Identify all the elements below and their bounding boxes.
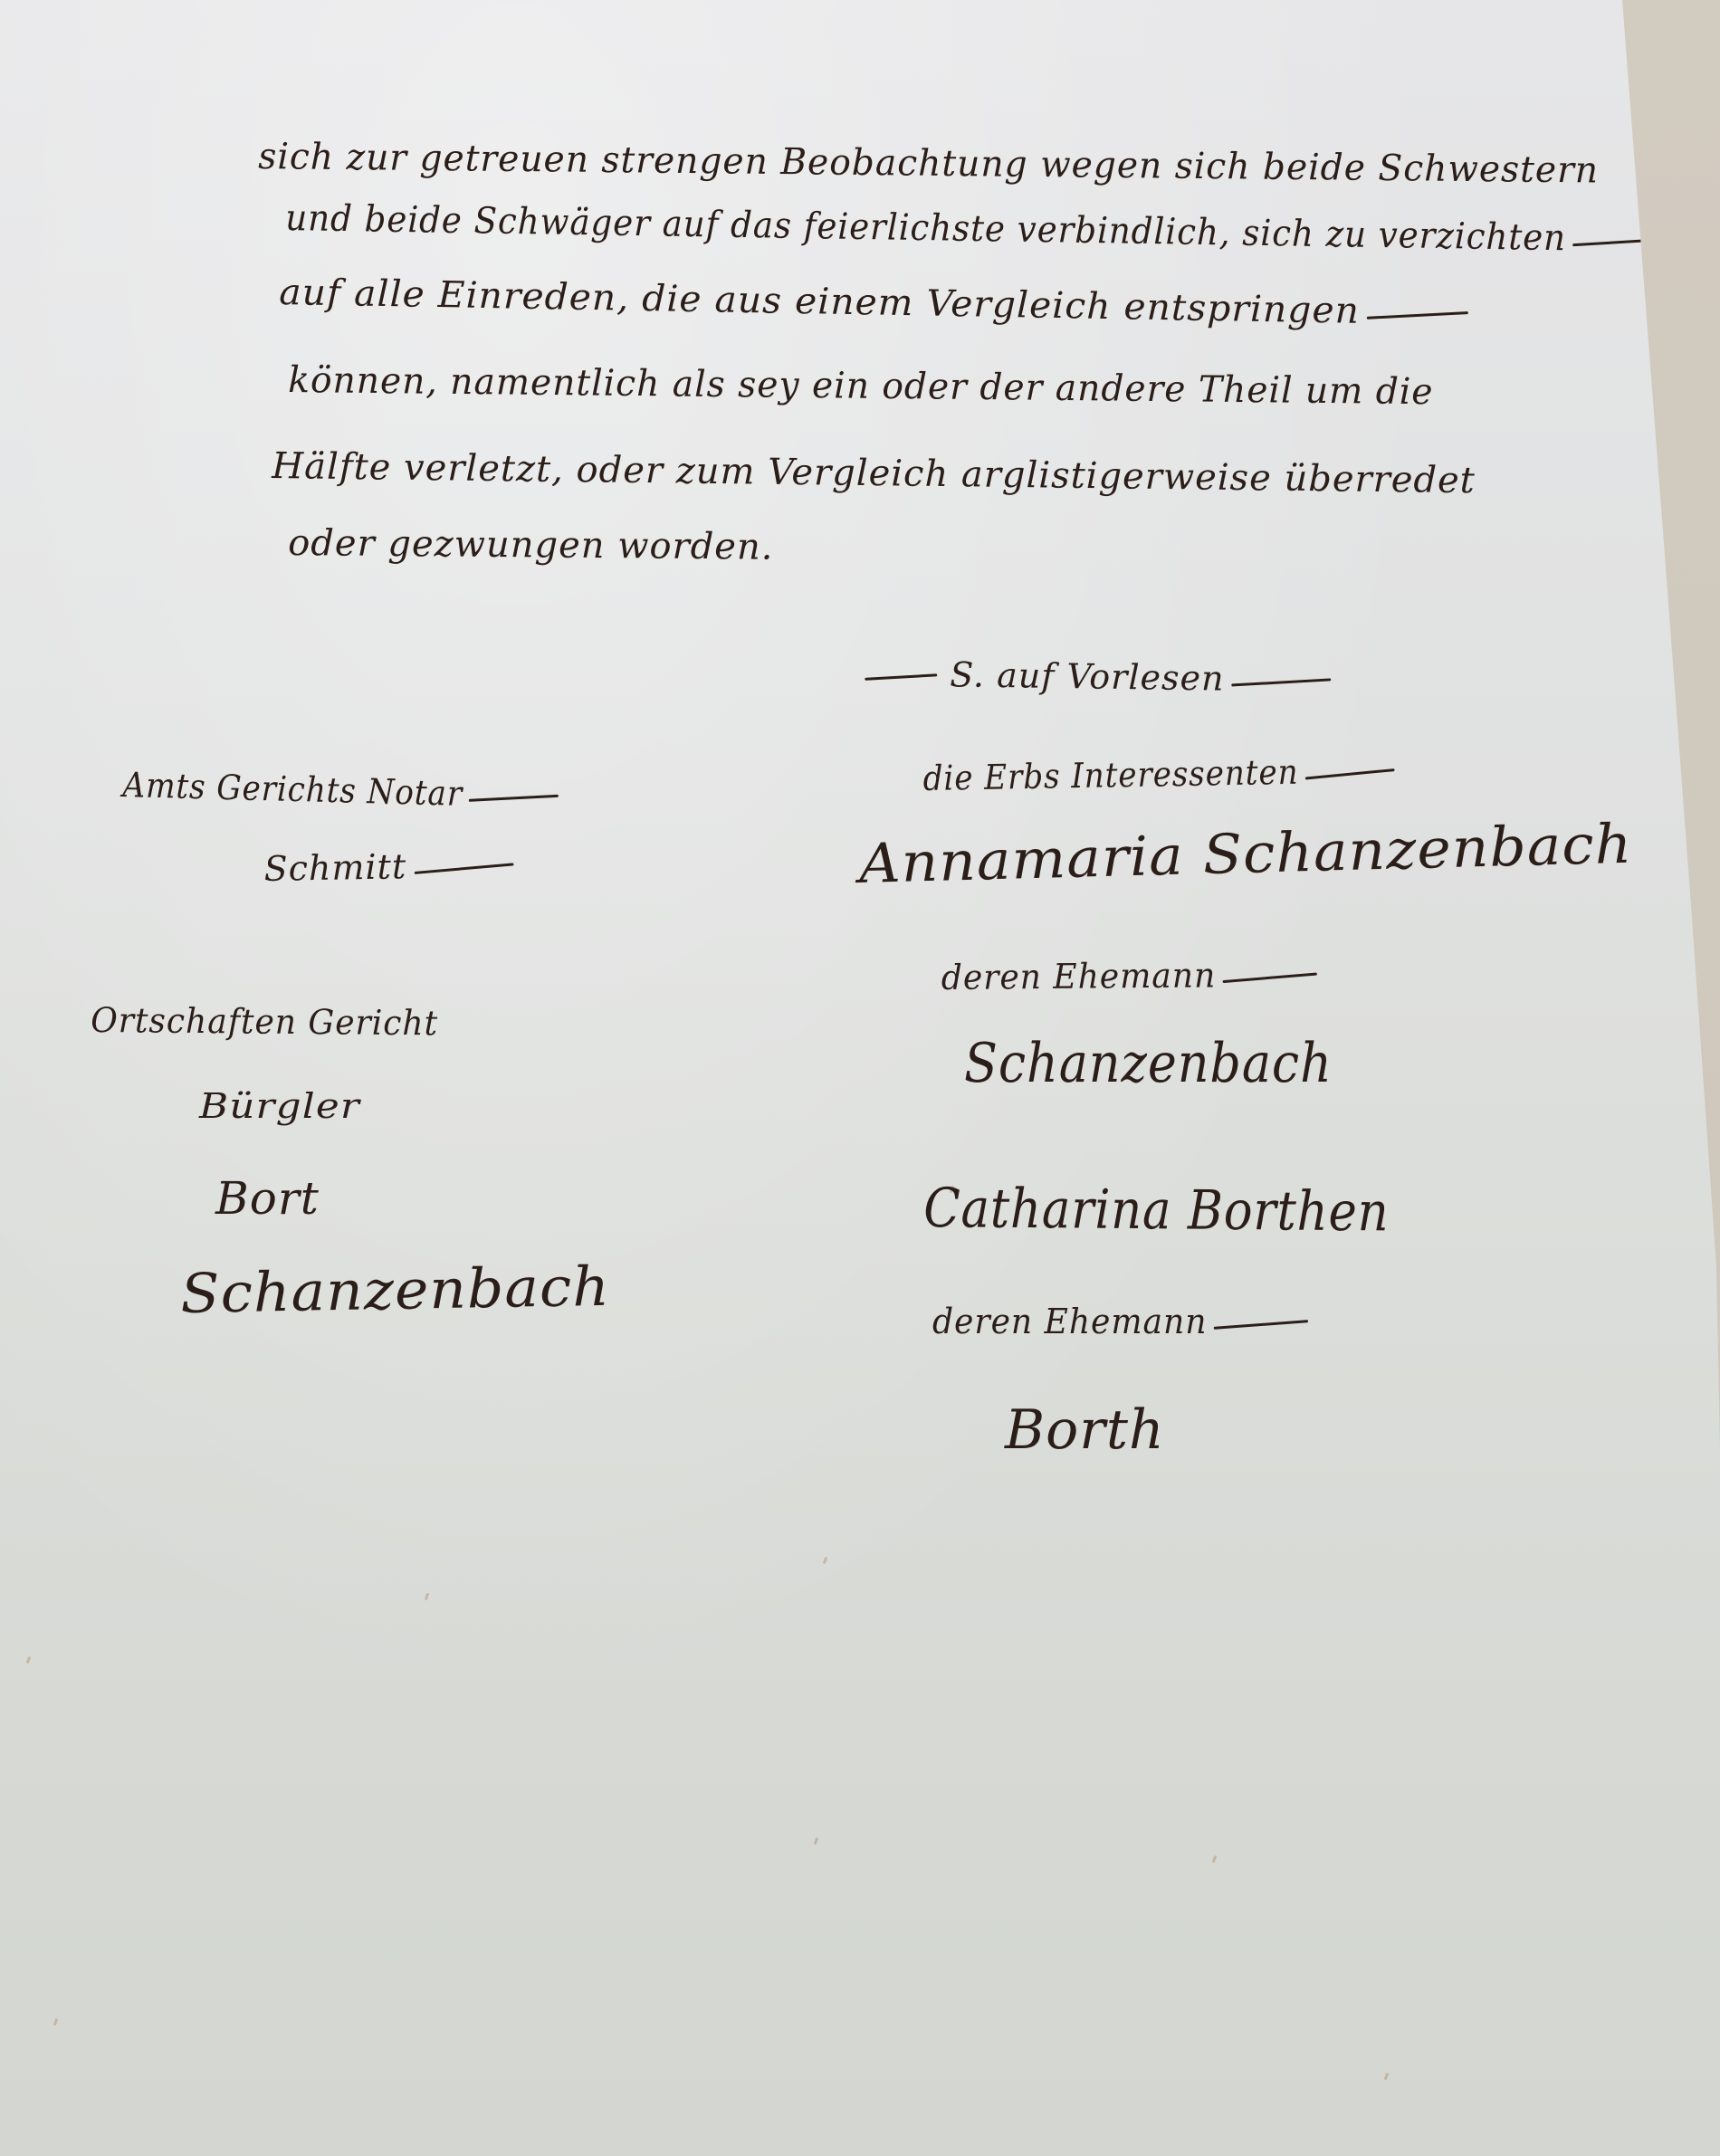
spouse-label-2: deren Ehemann — [932, 1302, 1308, 1341]
signed-after-reading: S. auf Vorlesen — [865, 653, 1332, 700]
body-line-6: oder gezwungen worden. — [288, 522, 774, 568]
signature-schanzenbach-court: Schanzenbach — [180, 1255, 611, 1326]
signature-catharina-borthen: Catharina Borthen — [923, 1177, 1390, 1244]
signature-buergler: Bürgler — [199, 1086, 360, 1126]
parties-label: die Erbs Interessenten — [922, 750, 1395, 798]
document-page: sich zur getreuen strengen Beobachtung w… — [0, 0, 1720, 2156]
paper-speck — [26, 1656, 32, 1665]
body-line-2: und beide Schwäger auf das feierlichste … — [285, 197, 1666, 261]
signature-annamaria-schanzenbach: Annamaria Schanzenbach — [858, 813, 1633, 896]
paper-speck — [1384, 2073, 1390, 2081]
body-line-3: auf alle Einreden, die aus einem Verglei… — [279, 272, 1469, 334]
court-role: Ortschaften Gericht — [91, 1000, 438, 1043]
paper-speck — [1212, 1855, 1218, 1864]
spouse-label-1: deren Ehemann — [941, 954, 1318, 997]
signature-borth: Borth — [1005, 1398, 1165, 1462]
signature-schmitt: Schmitt — [263, 844, 513, 889]
paper-speck — [53, 2018, 59, 2027]
body-line-5: Hälfte verletzt, oder zum Vergleich argl… — [272, 445, 1476, 501]
signature-schanzenbach: Schanzenbach — [964, 1032, 1333, 1095]
paper-speck — [814, 1837, 819, 1846]
paper-speck — [823, 1557, 828, 1565]
signature-bort: Bort — [215, 1172, 320, 1225]
body-line-1: sich zur getreuen strengen Beobachtung w… — [258, 136, 1599, 192]
paper-speck — [425, 1593, 430, 1601]
notary-role: Amts Gerichts Notar — [122, 765, 559, 816]
body-line-4: können, namentlich als sey ein oder der … — [288, 359, 1434, 413]
